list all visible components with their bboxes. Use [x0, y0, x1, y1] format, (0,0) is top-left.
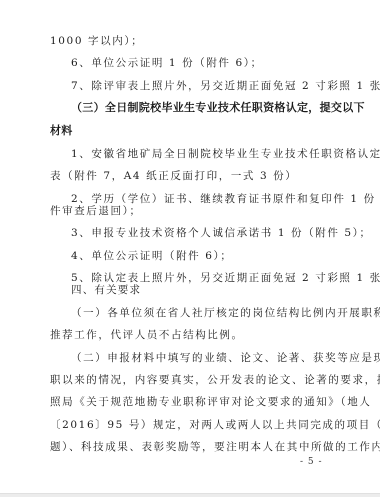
list-item-3: 3、申报专业技术资格个人诚信承诺书 1 份（附件 5）；: [71, 226, 334, 240]
text-line: 1000 字以内）；: [50, 34, 334, 48]
requirement-2-cont-3: 〔2016〕95 号）规定，对两人或两人以上共同完成的项目（课: [50, 418, 334, 432]
list-item-7: 7、除评审表上照片外，另交近期正面免冠 2 寸彩照 1 张。: [71, 79, 334, 93]
list-item-1: 1、安徽省地矿局全日制院校毕业生专业技术任职资格认定: [71, 147, 334, 161]
page-number: - 5 -: [300, 457, 323, 467]
requirement-2: （二）申报材料中填写的业绩、论文、论著、获奖等应是现: [71, 351, 334, 365]
list-item-2-cont: 件审查后退回）；: [50, 204, 334, 218]
document-page: 1000 字以内）； 6、单位公示证明 1 份（附件 6）； 7、除评审表上照片…: [0, 0, 380, 493]
section-heading-4: 四、有关要求: [71, 283, 334, 297]
requirement-1-cont: 推荐工作，代评人员不占结构比例。: [50, 328, 334, 342]
list-item-1-cont: 表（附件 7，A4 纸正反面打印，一式 3 份）: [50, 169, 334, 183]
requirement-2-cont-4: 题）、科技成果、表彰奖励等，要注明本人在其中所做的工作内: [50, 440, 334, 454]
list-item-6: 6、单位公示证明 1 份（附件 6）；: [71, 56, 334, 70]
requirement-2-cont-2: 照局《关于规范地勘专业职称评审对论文要求的通知》（地人: [50, 395, 334, 409]
requirement-2-cont-1: 职以来的情况，内容要真实，公开发表的论文、论著的要求，按: [50, 373, 334, 387]
page-bottom-edge: [0, 493, 380, 497]
section-heading-3-cont: 材料: [50, 124, 334, 138]
section-heading-3: （三）全日制院校毕业生专业技术任职资格认定，提交以下: [71, 101, 334, 115]
requirement-1: （一）各单位须在省人社厅核定的岗位结构比例内开展职称: [71, 306, 334, 320]
list-item-4: 4、单位公示证明（附件 6）；: [71, 249, 334, 263]
